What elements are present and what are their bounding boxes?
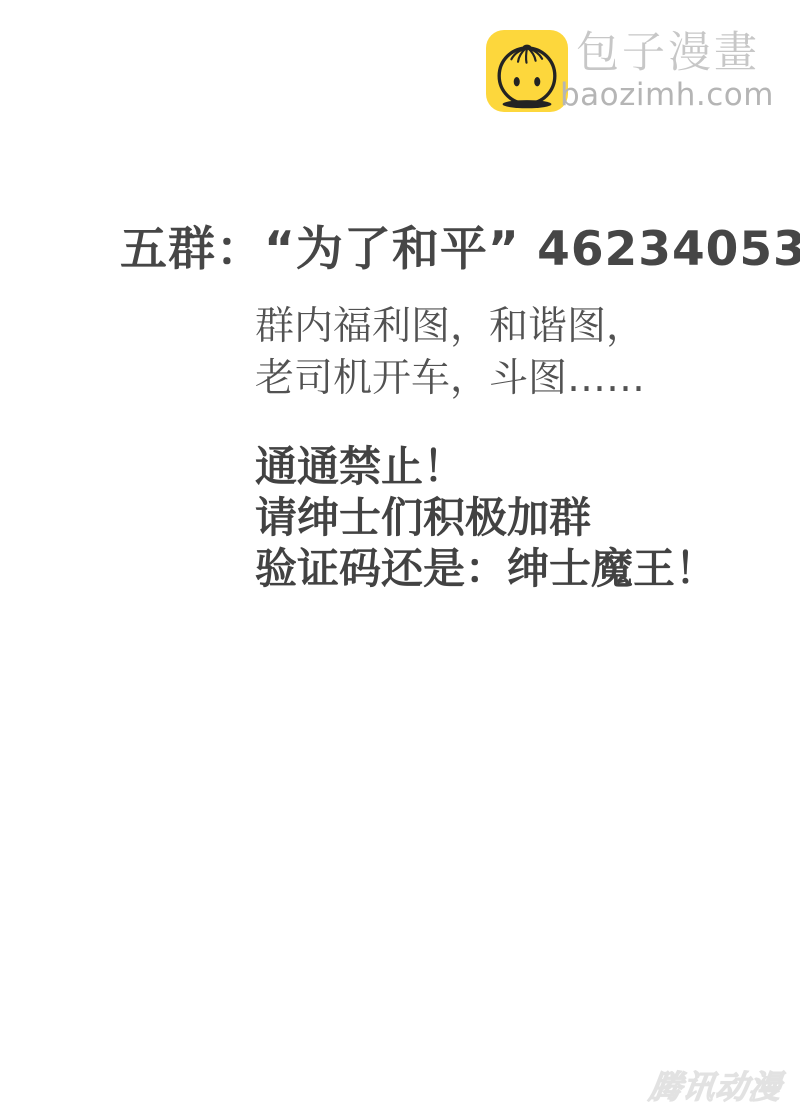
promo-notice-line: 通通禁止！ — [255, 441, 717, 492]
promo-notice: 通通禁止！ 请绅士们积极加群 验证码还是：绅士魔王！ — [255, 441, 717, 594]
promo-paragraph-line: 群内福利图，和谐图， — [255, 301, 645, 353]
brand-name: 包子漫畫 — [576, 32, 774, 75]
tencent-comics-watermark: 腾讯动漫 — [647, 1062, 785, 1108]
brand-domain: baozimh.com — [560, 80, 774, 111]
promo-notice-line: 请绅士们积极加群 — [255, 492, 717, 543]
group-title: 五群：“为了和平” 462340538 — [120, 212, 800, 279]
promo-paragraph: 群内福利图，和谐图， 老司机开车，斗图…… — [255, 301, 645, 405]
brand-text: 包子漫畫 baozimh.com — [576, 30, 774, 111]
promo-paragraph-line: 老司机开车，斗图…… — [255, 353, 645, 405]
baozi-bun-icon — [486, 30, 568, 112]
promo-notice-line: 验证码还是：绅士魔王！ — [255, 543, 717, 594]
comic-page: 包子漫畫 baozimh.com 五群：“为了和平” 462340538 群内福… — [0, 0, 800, 1116]
site-brand: 包子漫畫 baozimh.com — [486, 30, 774, 112]
